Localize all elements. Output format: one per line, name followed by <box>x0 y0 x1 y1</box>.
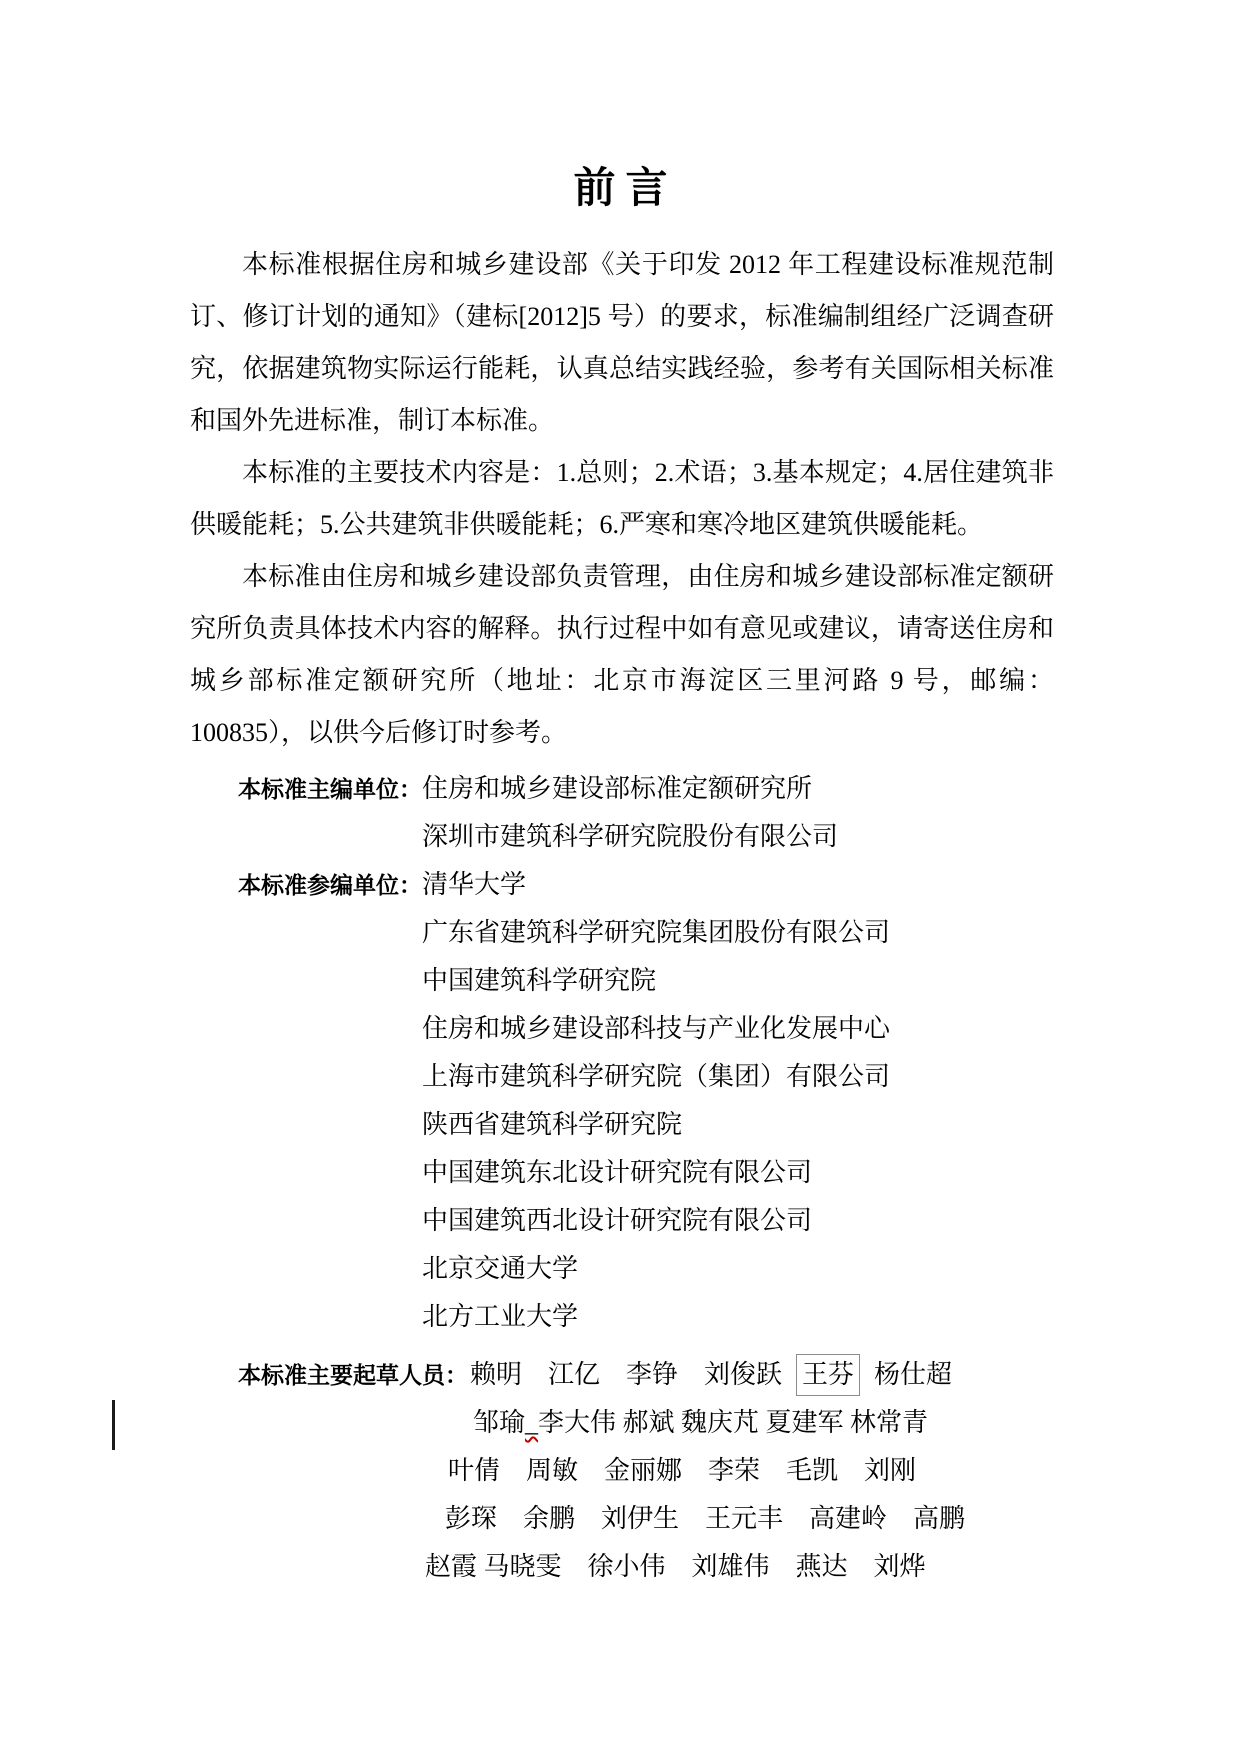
org-item: 广东省建筑科学研究院集团股份有限公司 <box>422 909 1054 957</box>
org-item: 上海市建筑科学研究院（集团）有限公司 <box>422 1053 1054 1101</box>
participating-label: 本标准参编单位： <box>238 861 422 909</box>
participating-row: 北方工业大学 <box>238 1293 1054 1341</box>
participating-row: 住房和城乡建设部科技与产业化发展中心 <box>238 1005 1054 1053</box>
boxed-name: 王芬 <box>796 1354 860 1396</box>
document-page: 前言 本标准根据住房和城乡建设部《关于印发 2012 年工程建设标准规范制订、修… <box>0 0 1241 1754</box>
drafter-names: 赖明 江亿 李铮 刘俊跃王芬杨仕超 <box>470 1351 1054 1399</box>
document-body: 本标准根据住房和城乡建设部《关于印发 2012 年工程建设标准规范制订、修订计划… <box>190 239 1054 1591</box>
page-title: 前言 <box>0 155 1241 215</box>
drafter-names: 叶倩 周敏 金丽娜 李荣 毛凯 刘刚 <box>448 1447 916 1495</box>
org-item: 北方工业大学 <box>422 1293 1054 1341</box>
drafter-row: 叶倩 周敏 金丽娜 李荣 毛凯 刘刚 <box>238 1447 1054 1495</box>
drafters-section: 本标准主要起草人员： 赖明 江亿 李铮 刘俊跃王芬杨仕超 邹瑜_李大伟 郝斌 魏… <box>238 1351 1054 1591</box>
spellcheck-underscore: _ <box>525 1408 538 1437</box>
drafter-row: 彭琛 余鹏 刘伊生 王元丰 高建岭 高鹏 <box>238 1495 1054 1543</box>
org-item: 陕西省建筑科学研究院 <box>422 1101 1054 1149</box>
org-item: 中国建筑东北设计研究院有限公司 <box>422 1149 1054 1197</box>
org-item: 清华大学 <box>422 861 1054 909</box>
org-item: 住房和城乡建设部标准定额研究所 <box>422 765 1054 813</box>
participating-row: 上海市建筑科学研究院（集团）有限公司 <box>238 1053 1054 1101</box>
drafter-row: 邹瑜_李大伟 郝斌 魏庆芃 夏建军 林常青 <box>238 1399 1054 1447</box>
drafter-names-pre: 赖明 江亿 李铮 刘俊跃 <box>470 1360 782 1389</box>
paragraph-management: 本标准由住房和城乡建设部负责管理，由住房和城乡建设部标准定额研究所负责具体技术内… <box>190 551 1054 759</box>
org-item: 深圳市建筑科学研究院股份有限公司 <box>422 813 1054 861</box>
editor-sections: 本标准主编单位： 住房和城乡建设部标准定额研究所 深圳市建筑科学研究院股份有限公… <box>238 765 1054 1591</box>
org-item: 中国建筑西北设计研究院有限公司 <box>422 1197 1054 1245</box>
paragraph-contents: 本标准的主要技术内容是：1.总则；2.术语；3.基本规定；4.居住建筑非供暖能耗… <box>190 447 1054 551</box>
participating-row: 广东省建筑科学研究院集团股份有限公司 <box>238 909 1054 957</box>
drafter-row: 赵霞 马晓雯 徐小伟 刘雄伟 燕达 刘烨 <box>238 1543 1054 1591</box>
participating-row: 中国建筑西北设计研究院有限公司 <box>238 1197 1054 1245</box>
drafters-label: 本标准主要起草人员： <box>238 1351 470 1399</box>
participating-row: 中国建筑科学研究院 <box>238 957 1054 1005</box>
participating-row: 陕西省建筑科学研究院 <box>238 1101 1054 1149</box>
drafter-names-post: 杨仕超 <box>874 1360 952 1389</box>
drafter-names: 邹瑜_李大伟 郝斌 魏庆芃 夏建军 林常青 <box>473 1399 928 1447</box>
chief-editor-row: 本标准主编单位： 住房和城乡建设部标准定额研究所 <box>238 765 1054 813</box>
drafter-names: 彭琛 余鹏 刘伊生 王元丰 高建岭 高鹏 <box>445 1495 965 1543</box>
org-item: 北京交通大学 <box>422 1245 1054 1293</box>
org-item: 中国建筑科学研究院 <box>422 957 1054 1005</box>
chief-editor-row: 深圳市建筑科学研究院股份有限公司 <box>238 813 1054 861</box>
org-item: 住房和城乡建设部科技与产业化发展中心 <box>422 1005 1054 1053</box>
chief-editor-label: 本标准主编单位： <box>238 765 422 813</box>
participating-row: 中国建筑东北设计研究院有限公司 <box>238 1149 1054 1197</box>
drafter-row: 本标准主要起草人员： 赖明 江亿 李铮 刘俊跃王芬杨仕超 <box>238 1351 1054 1399</box>
participating-row: 北京交通大学 <box>238 1245 1054 1293</box>
paragraph-basis: 本标准根据住房和城乡建设部《关于印发 2012 年工程建设标准规范制订、修订计划… <box>190 239 1054 447</box>
participating-row: 本标准参编单位： 清华大学 <box>238 861 1054 909</box>
change-bar <box>112 1400 115 1450</box>
drafter-names: 赵霞 马晓雯 徐小伟 刘雄伟 燕达 刘烨 <box>425 1543 926 1591</box>
